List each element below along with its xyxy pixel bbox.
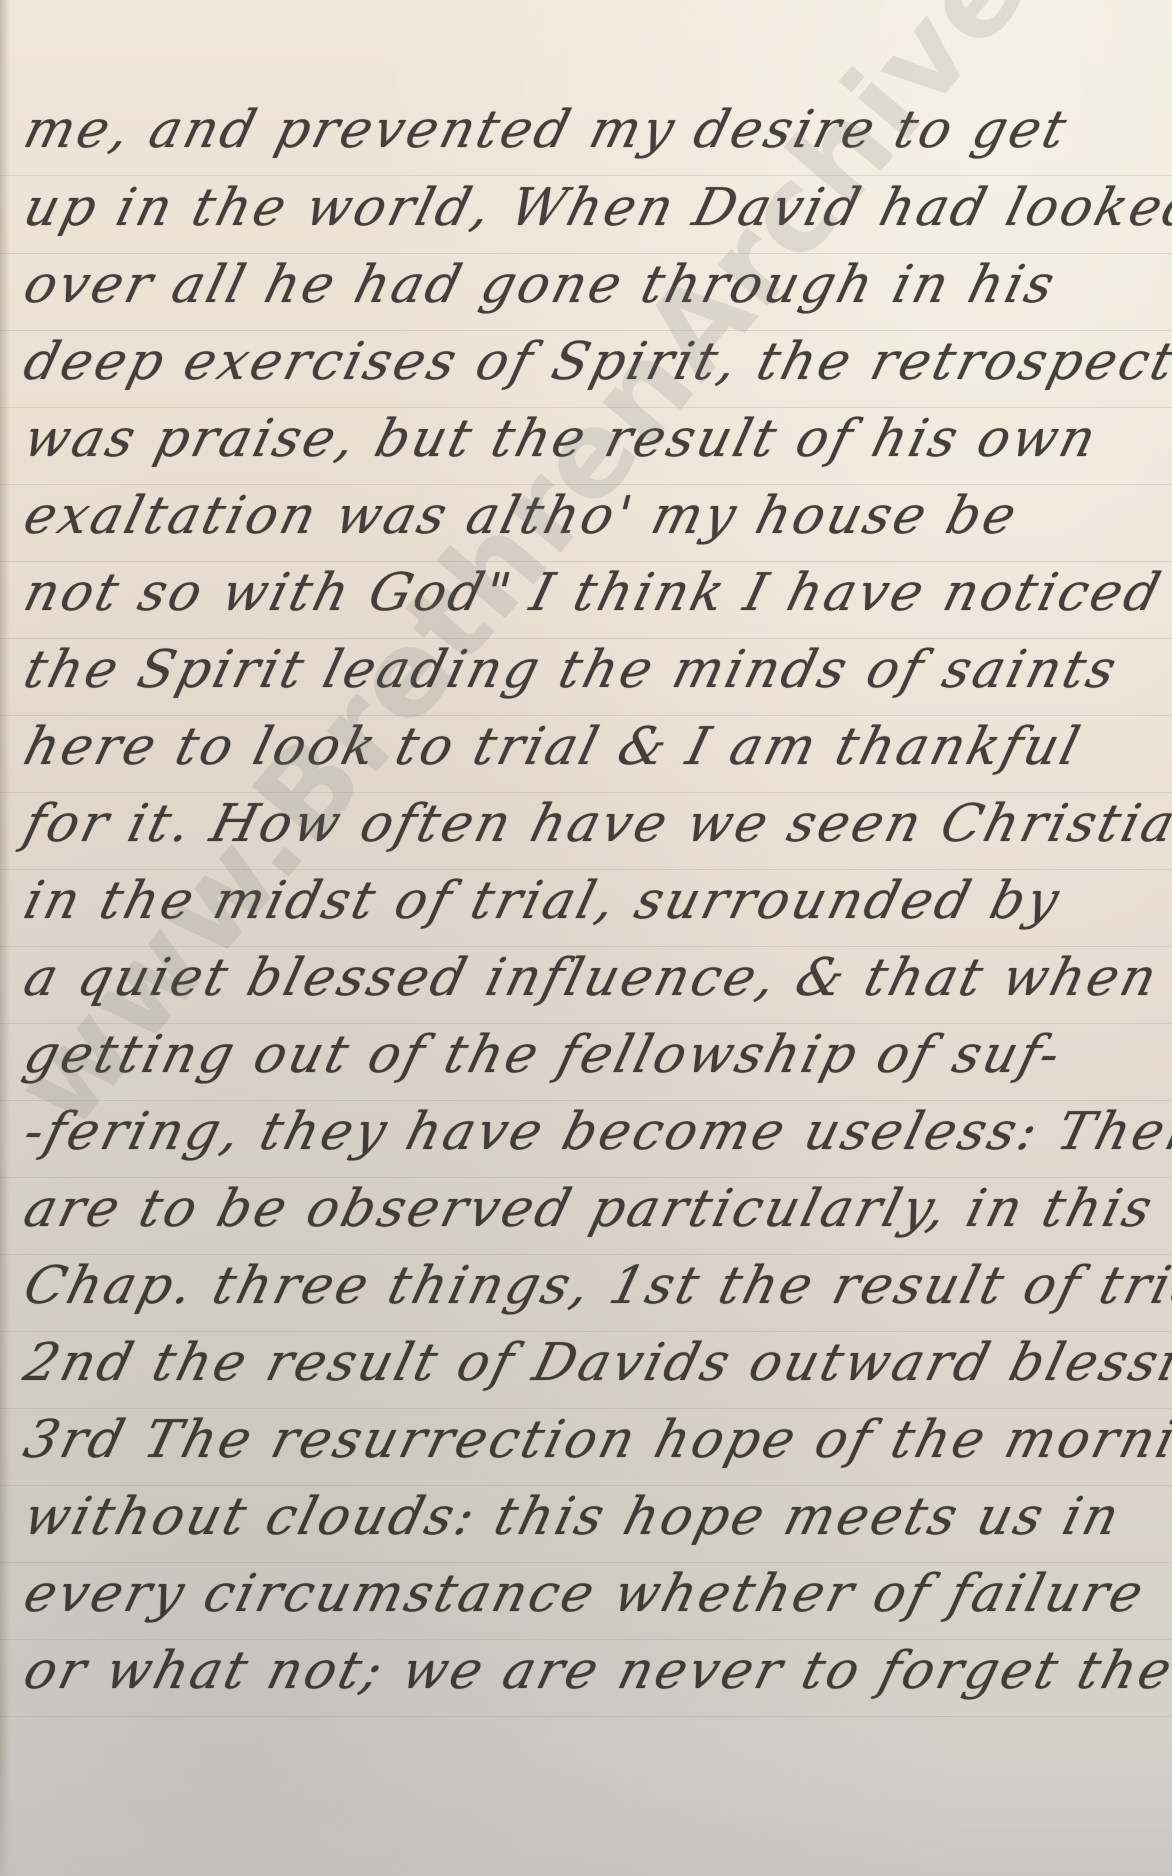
rule-line bbox=[0, 407, 1172, 408]
rule-line bbox=[0, 869, 1172, 870]
text-line-8: the Spirit leading the minds of saints bbox=[18, 640, 1125, 700]
text-line-14: -fering, they have become useless: There bbox=[18, 1102, 1172, 1162]
rule-line bbox=[0, 1100, 1172, 1101]
text-line-5: was praise, but the result of his own bbox=[18, 409, 1104, 469]
text-line-21: or what not; we are never to forget the … bbox=[18, 1641, 1172, 1701]
text-line-16: Chap. three things, 1st the result of tr… bbox=[18, 1256, 1172, 1316]
rule-line bbox=[0, 561, 1172, 562]
text-line-1: me, and prevented my desire to get bbox=[18, 100, 1075, 160]
rule-line bbox=[0, 1639, 1172, 1640]
text-line-13: getting out of the fellowship of suf- bbox=[18, 1025, 1069, 1085]
text-line-3: over all he had gone through in his bbox=[18, 255, 1063, 315]
rule-line bbox=[0, 1177, 1172, 1178]
text-line-10: for it. How often have we seen Christian… bbox=[18, 794, 1172, 854]
text-line-4: deep exercises of Spirit, the retrospect bbox=[18, 332, 1172, 392]
rule-line bbox=[0, 1485, 1172, 1486]
text-line-11: in the midst of trial, surrounded by bbox=[18, 871, 1068, 931]
text-line-7: not so with God" I think I have noticed bbox=[18, 563, 1169, 623]
rule-line bbox=[0, 715, 1172, 716]
manuscript-page: me, and prevented my desire to get up in… bbox=[0, 0, 1172, 1876]
rule-line bbox=[0, 1023, 1172, 1024]
rule-line bbox=[0, 638, 1172, 639]
rule-line bbox=[0, 946, 1172, 947]
rule-line bbox=[0, 484, 1172, 485]
page-bottom-shadow bbox=[0, 1756, 1172, 1876]
text-line-6: exaltation was altho' my house be bbox=[18, 486, 1025, 546]
rule-line bbox=[0, 1331, 1172, 1332]
text-line-9: here to look to trial & I am thankful bbox=[18, 717, 1088, 777]
rule-line bbox=[0, 253, 1172, 254]
text-line-15: are to be observed particularly, in this bbox=[18, 1179, 1161, 1239]
rule-line bbox=[0, 1254, 1172, 1255]
rule-line bbox=[0, 175, 1172, 176]
text-line-19: without clouds: this hope meets us in bbox=[18, 1487, 1128, 1547]
rule-line bbox=[0, 1562, 1172, 1563]
text-line-2: up in the world, When David had looked bbox=[18, 178, 1172, 238]
text-line-18: 3rd The resurrection hope of the morning bbox=[18, 1410, 1172, 1470]
rule-line bbox=[0, 330, 1172, 331]
text-line-20: every circumstance whether of failure bbox=[18, 1564, 1152, 1624]
text-line-17: 2nd the result of Davids outward blessin… bbox=[18, 1333, 1172, 1393]
rule-line bbox=[0, 792, 1172, 793]
rule-line bbox=[0, 1408, 1172, 1409]
rule-line bbox=[0, 1716, 1172, 1717]
text-line-12: a quiet blessed influence, & that when bbox=[18, 948, 1165, 1008]
